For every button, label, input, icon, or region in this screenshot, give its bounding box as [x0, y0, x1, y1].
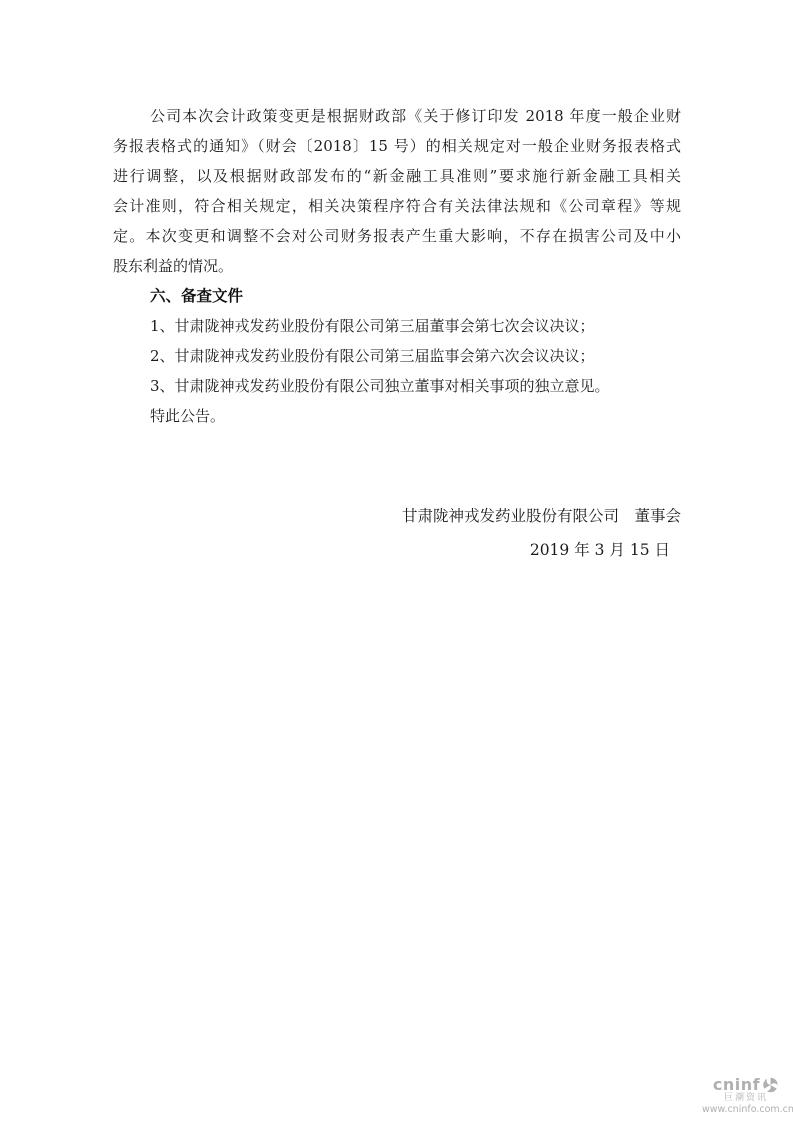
paragraph-line: 定。本次变更和调整不会对公司财务报表产生重大影响，不存在损害公司及中小 [113, 221, 681, 251]
paragraph-line: 股东利益的情况。 [113, 251, 681, 281]
paragraph-line: 公司本次会计政策变更是根据财政部《关于修订印发 2018 年度一般企业财 [113, 101, 681, 131]
signature-company: 甘肃陇神戎发药业股份有限公司 董事会 [113, 499, 681, 533]
list-item: 2、甘肃陇神戎发药业股份有限公司第三届监事会第六次会议决议； [113, 341, 681, 371]
body-paragraph: 公司本次会计政策变更是根据财政部《关于修订印发 2018 年度一般企业财 务报表… [113, 101, 681, 281]
closing-line: 特此公告。 [113, 401, 681, 431]
paragraph-line: 进行调整，以及根据财政部发布的“新金融工具准则”要求施行新金融工具相关 [113, 161, 681, 191]
document-body: 公司本次会计政策变更是根据财政部《关于修订印发 2018 年度一般企业财 务报表… [113, 101, 681, 567]
list-item: 3、甘肃陇神戎发药业股份有限公司独立董事对相关事项的独立意见。 [113, 371, 681, 401]
cninfo-brand-name: 巨潮资讯 [702, 1094, 790, 1104]
document-page: 公司本次会计政策变更是根据财政部《关于修订印发 2018 年度一般企业财 务报表… [0, 0, 793, 1122]
list-item: 1、甘肃陇神戎发药业股份有限公司第三届董事会第七次会议决议； [113, 311, 681, 341]
cninfo-logo: cninf [702, 1076, 790, 1094]
signature-block: 甘肃陇神戎发药业股份有限公司 董事会 2019 年 3 月 15 日 [113, 499, 681, 567]
swirl-icon [760, 1077, 779, 1093]
signature-date: 2019 年 3 月 15 日 [113, 533, 681, 567]
paragraph-line: 会计准则，符合相关规定，相关决策程序符合有关法律法规和《公司章程》等规 [113, 191, 681, 221]
section-heading: 六、备查文件 [113, 281, 681, 311]
cninfo-website: www.cninfo.com.cn [702, 1105, 790, 1115]
cninfo-watermark: cninf 巨潮资讯 www.cninfo.com.cn [702, 1076, 790, 1115]
cninfo-logo-text: cninf [713, 1076, 760, 1094]
paragraph-line: 务报表格式的通知》（财会〔2018〕15 号）的相关规定对一般企业财务报表格式 [113, 131, 681, 161]
